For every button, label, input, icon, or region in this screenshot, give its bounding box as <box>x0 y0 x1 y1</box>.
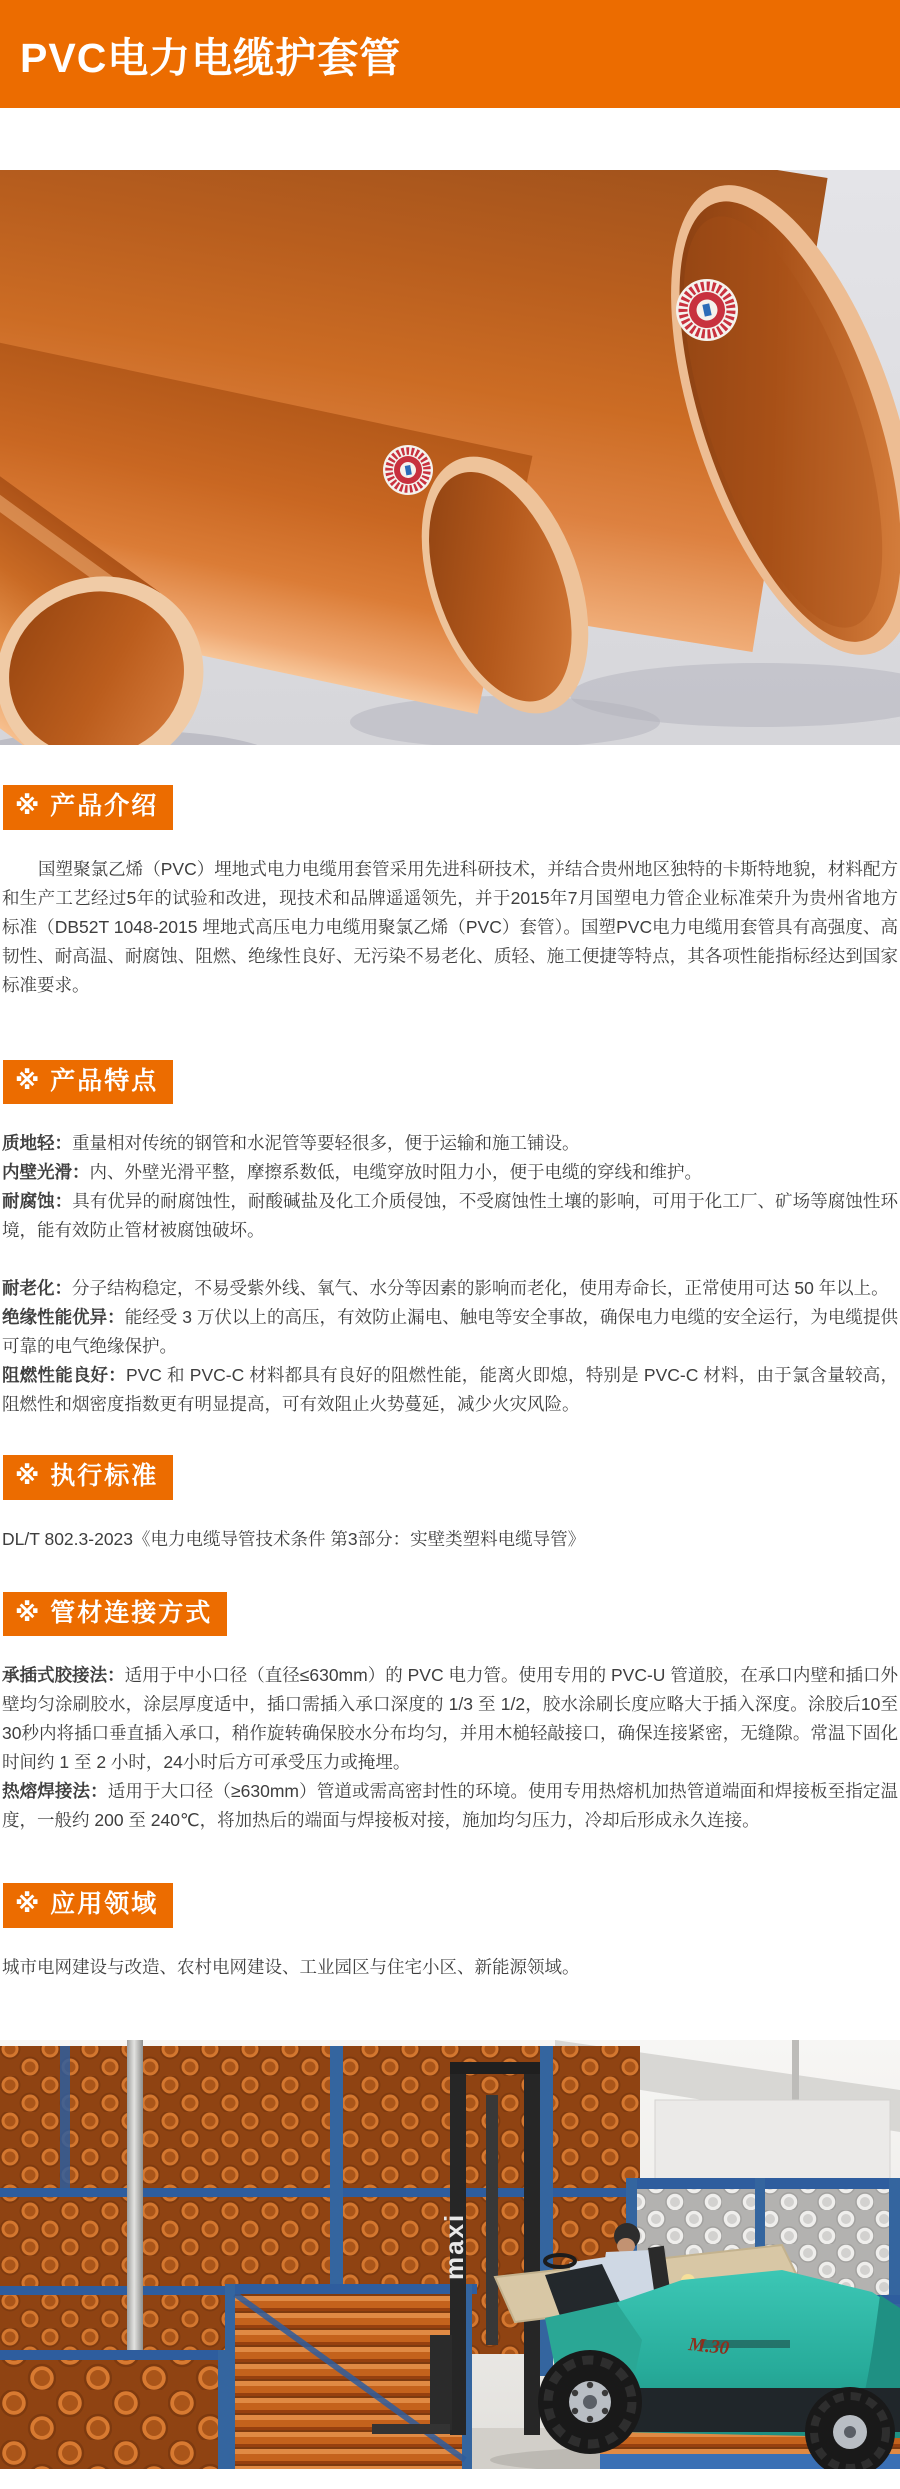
connection-label: 承插式胶接法： <box>2 1665 125 1685</box>
feature-label: 耐老化： <box>2 1278 72 1298</box>
feature-text: 具有优异的耐腐蚀性，耐酸碱盐及化工介质侵蚀，不受腐蚀性土壤的影响，可用于化工厂、… <box>2 1191 898 1240</box>
front-left-pipe-crate <box>0 2350 228 2469</box>
feature-text: 能经受 3 万伏以上的高压，有效防止漏电、触电等安全事故，确保电力电缆的安全运行… <box>2 1307 898 1356</box>
feature-text: 分子结构稳定，不易受紫外线、氧气、水分等因素的影响而老化，使用寿命长，正常使用可… <box>72 1278 889 1298</box>
section-heading-features: ※ 产品特点 <box>3 1060 173 1105</box>
connection-item: 热熔焊接法：适用于大口径（≥630mm）管道或需高密封性的环境。使用专用热熔机加… <box>2 1777 898 1835</box>
page-title: PVC电力电缆护套管 <box>20 25 401 84</box>
feature-item: 阻燃性能良好：PVC 和 PVC-C 材料都具有良好的阻燃性能，能离火即熄，特别… <box>2 1361 898 1419</box>
section-heading-application: ※ 应用领域 <box>3 1883 173 1928</box>
feature-label: 绝缘性能优异： <box>2 1307 125 1327</box>
feature-item: 绝缘性能优异：能经受 3 万伏以上的高压，有效防止漏电、触电等安全事故，确保电力… <box>2 1303 898 1361</box>
forklift-front-wheel <box>538 2350 642 2454</box>
section-heading-intro: ※ 产品介绍 <box>3 785 173 830</box>
connection-text: 适用于大口径（≥630mm）管道或需高密封性的环境。使用专用热熔机加热管道端面和… <box>2 1781 898 1830</box>
standard-paragraph: DL/T 802.3-2023《电力电缆导管技术条件 第3部分：实壁类塑料电缆导… <box>2 1525 898 1554</box>
features-list: 质地轻：重量相对传统的钢管和水泥管等要轻很多，便于运输和施工铺设。 内壁光滑：内… <box>0 1129 900 1419</box>
intro-paragraph: 国塑聚氯乙烯（PVC）埋地式电力电缆用套管采用先进科研技术，并结合贵州地区独特的… <box>2 855 898 1000</box>
feature-item: 内壁光滑：内、外壁光滑平整，摩擦系数低，电缆穿放时阻力小，便于电缆的穿线和维护。 <box>2 1158 898 1187</box>
feature-item: 耐老化：分子结构稳定，不易受紫外线、氧气、水分等因素的影响而老化，使用寿命长，正… <box>2 1274 898 1303</box>
application-paragraph: 城市电网建设与改造、农村电网建设、工业园区与住宅小区、新能源领域。 <box>2 1953 898 1982</box>
intro-body: 国塑聚氯乙烯（PVC）埋地式电力电缆用套管采用先进科研技术，并结合贵州地区独特的… <box>0 855 900 1000</box>
page-header: PVC电力电缆护套管 <box>0 0 900 108</box>
feature-label: 质地轻： <box>2 1133 72 1153</box>
feature-item: 耐腐蚀：具有优异的耐腐蚀性，耐酸碱盐及化工介质侵蚀，不受腐蚀性土壤的影响，可用于… <box>2 1187 898 1245</box>
application-body: 城市电网建设与改造、农村电网建设、工业园区与住宅小区、新能源领域。 <box>0 1953 900 1982</box>
feature-text: 内、外壁光滑平整，摩擦系数低，电缆穿放时阻力小，便于电缆的穿线和维护。 <box>90 1162 703 1182</box>
feature-label: 内壁光滑： <box>2 1162 90 1182</box>
feature-text: PVC 和 PVC-C 材料都具有良好的阻燃性能，能离火即熄，特别是 PVC-C… <box>2 1365 898 1414</box>
connection-text: 适用于中小口径（直径≤630mm）的 PVC 电力管。使用专用的 PVC-U 管… <box>2 1665 898 1772</box>
standard-body: DL/T 802.3-2023《电力电缆导管技术条件 第3部分：实壁类塑料电缆导… <box>0 1525 900 1554</box>
connection-list: 承插式胶接法：适用于中小口径（直径≤630mm）的 PVC 电力管。使用专用的 … <box>0 1661 900 1835</box>
forklift-model-label: M.30 <box>686 2333 730 2358</box>
product-photo-pvc-pipes <box>0 170 900 745</box>
section-heading-standard: ※ 执行标准 <box>3 1455 173 1500</box>
connection-label: 热熔焊接法： <box>2 1781 108 1801</box>
feature-group-gap <box>2 1245 898 1274</box>
feature-item: 质地轻：重量相对传统的钢管和水泥管等要轻很多，便于运输和施工铺设。 <box>2 1129 898 1158</box>
connection-item: 承插式胶接法：适用于中小口径（直径≤630mm）的 PVC 电力管。使用专用的 … <box>2 1661 898 1777</box>
feature-text: 重量相对传统的钢管和水泥管等要轻很多，便于运输和施工铺设。 <box>72 1133 580 1153</box>
feature-label: 耐腐蚀： <box>2 1191 72 1211</box>
feature-label: 阻燃性能良好： <box>2 1365 126 1385</box>
section-heading-connection: ※ 管材连接方式 <box>3 1592 227 1637</box>
factory-yard-photo: maxi M.30 <box>0 2040 900 2469</box>
forklift-brand-label: maxi <box>439 2212 469 2279</box>
